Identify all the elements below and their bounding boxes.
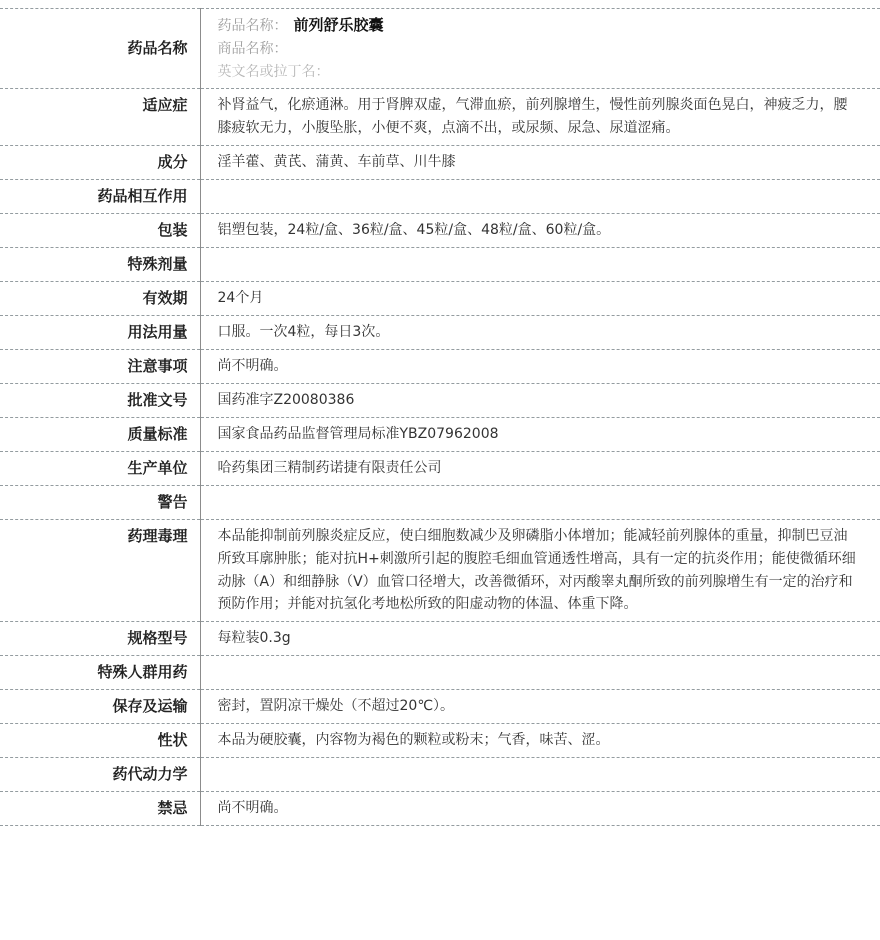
row-label: 性状 — [0, 724, 200, 758]
trade-name-line: 商品名称： — [218, 38, 857, 61]
table-row: 有效期24个月 — [0, 281, 880, 315]
table-row: 性状本品为硬胶囊，内容物为褐色的颗粒或粉末；气香，味苦、涩。 — [0, 724, 880, 758]
row-value: 淫羊藿、黄芪、蒲黄、车前草、川牛膝 — [200, 145, 880, 179]
row-value: 国药准字Z20080386 — [200, 383, 880, 417]
row-label: 保存及运输 — [0, 690, 200, 724]
table-row: 质量标准国家食品药品监督管理局标准YBZ07962008 — [0, 417, 880, 451]
row-label: 包装 — [0, 213, 200, 247]
row-label: 批准文号 — [0, 383, 200, 417]
row-value: 哈药集团三精制药诺捷有限责任公司 — [200, 451, 880, 485]
table-row: 生产单位哈药集团三精制药诺捷有限责任公司 — [0, 451, 880, 485]
table-row: 药代动力学 — [0, 758, 880, 792]
table-row: 用法用量口服。一次4粒，每日3次。 — [0, 315, 880, 349]
row-value: 本品为硬胶囊，内容物为褐色的颗粒或粉末；气香，味苦、涩。 — [200, 724, 880, 758]
row-value — [200, 247, 880, 281]
row-value: 药品名称：前列舒乐胶囊 商品名称： 英文名或拉丁名： — [200, 9, 880, 89]
table-row: 成分淫羊藿、黄芪、蒲黄、车前草、川牛膝 — [0, 145, 880, 179]
table-row: 保存及运输密封，置阴凉干燥处（不超过20℃）。 — [0, 690, 880, 724]
row-label: 药品名称 — [0, 9, 200, 89]
table-row: 特殊人群用药 — [0, 656, 880, 690]
row-label: 药理毒理 — [0, 519, 200, 621]
row-label: 生产单位 — [0, 451, 200, 485]
table-row: 规格型号每粒装0.3g — [0, 622, 880, 656]
row-value: 国家食品药品监督管理局标准YBZ07962008 — [200, 417, 880, 451]
row-value: 铝塑包装，24粒/盒、36粒/盒、45粒/盒、48粒/盒、60粒/盒。 — [200, 213, 880, 247]
row-label: 药代动力学 — [0, 758, 200, 792]
table-row: 包装铝塑包装，24粒/盒、36粒/盒、45粒/盒、48粒/盒、60粒/盒。 — [0, 213, 880, 247]
drug-info-table-body: 药品名称 药品名称：前列舒乐胶囊 商品名称： 英文名或拉丁名： 适应症补肾益气，… — [0, 9, 880, 826]
row-label: 有效期 — [0, 281, 200, 315]
row-value: 口服。一次4粒，每日3次。 — [200, 315, 880, 349]
row-value — [200, 656, 880, 690]
drug-name-value: 前列舒乐胶囊 — [294, 16, 384, 34]
row-label: 适应症 — [0, 89, 200, 146]
row-value: 尚不明确。 — [200, 792, 880, 826]
row-value: 补肾益气，化瘀通淋。用于肾脾双虚，气滞血瘀，前列腺增生，慢性前列腺炎面色晃白，神… — [200, 89, 880, 146]
row-label: 质量标准 — [0, 417, 200, 451]
row-label: 注意事项 — [0, 349, 200, 383]
row-label: 禁忌 — [0, 792, 200, 826]
row-label: 警告 — [0, 485, 200, 519]
table-row: 批准文号国药准字Z20080386 — [0, 383, 880, 417]
table-row: 注意事项尚不明确。 — [0, 349, 880, 383]
table-row-drug-name: 药品名称 药品名称：前列舒乐胶囊 商品名称： 英文名或拉丁名： — [0, 9, 880, 89]
row-label: 用法用量 — [0, 315, 200, 349]
row-value — [200, 485, 880, 519]
row-value — [200, 179, 880, 213]
row-value: 24个月 — [200, 281, 880, 315]
row-value — [200, 758, 880, 792]
drug-name-field-label: 药品名称： — [218, 18, 288, 34]
table-row: 药品相互作用 — [0, 179, 880, 213]
latin-name-line: 英文名或拉丁名： — [218, 61, 857, 84]
table-row: 警告 — [0, 485, 880, 519]
table-row: 特殊剂量 — [0, 247, 880, 281]
row-value: 密封，置阴凉干燥处（不超过20℃）。 — [200, 690, 880, 724]
row-label: 规格型号 — [0, 622, 200, 656]
drug-name-line: 药品名称：前列舒乐胶囊 — [218, 14, 857, 38]
row-value: 尚不明确。 — [200, 349, 880, 383]
table-row: 禁忌尚不明确。 — [0, 792, 880, 826]
row-label: 成分 — [0, 145, 200, 179]
latin-name-field-label: 英文名或拉丁名： — [218, 64, 330, 80]
table-row: 适应症补肾益气，化瘀通淋。用于肾脾双虚，气滞血瘀，前列腺增生，慢性前列腺炎面色晃… — [0, 89, 880, 146]
row-label: 药品相互作用 — [0, 179, 200, 213]
trade-name-field-label: 商品名称： — [218, 41, 288, 57]
row-label: 特殊剂量 — [0, 247, 200, 281]
drug-info-table: 药品名称 药品名称：前列舒乐胶囊 商品名称： 英文名或拉丁名： 适应症补肾益气，… — [0, 8, 880, 826]
table-row: 药理毒理本品能抑制前列腺炎症反应，使白细胞数减少及卵磷脂小体增加；能减轻前列腺体… — [0, 519, 880, 621]
row-label: 特殊人群用药 — [0, 656, 200, 690]
row-value: 本品能抑制前列腺炎症反应，使白细胞数减少及卵磷脂小体增加；能减轻前列腺体的重量，… — [200, 519, 880, 621]
row-value: 每粒装0.3g — [200, 622, 880, 656]
